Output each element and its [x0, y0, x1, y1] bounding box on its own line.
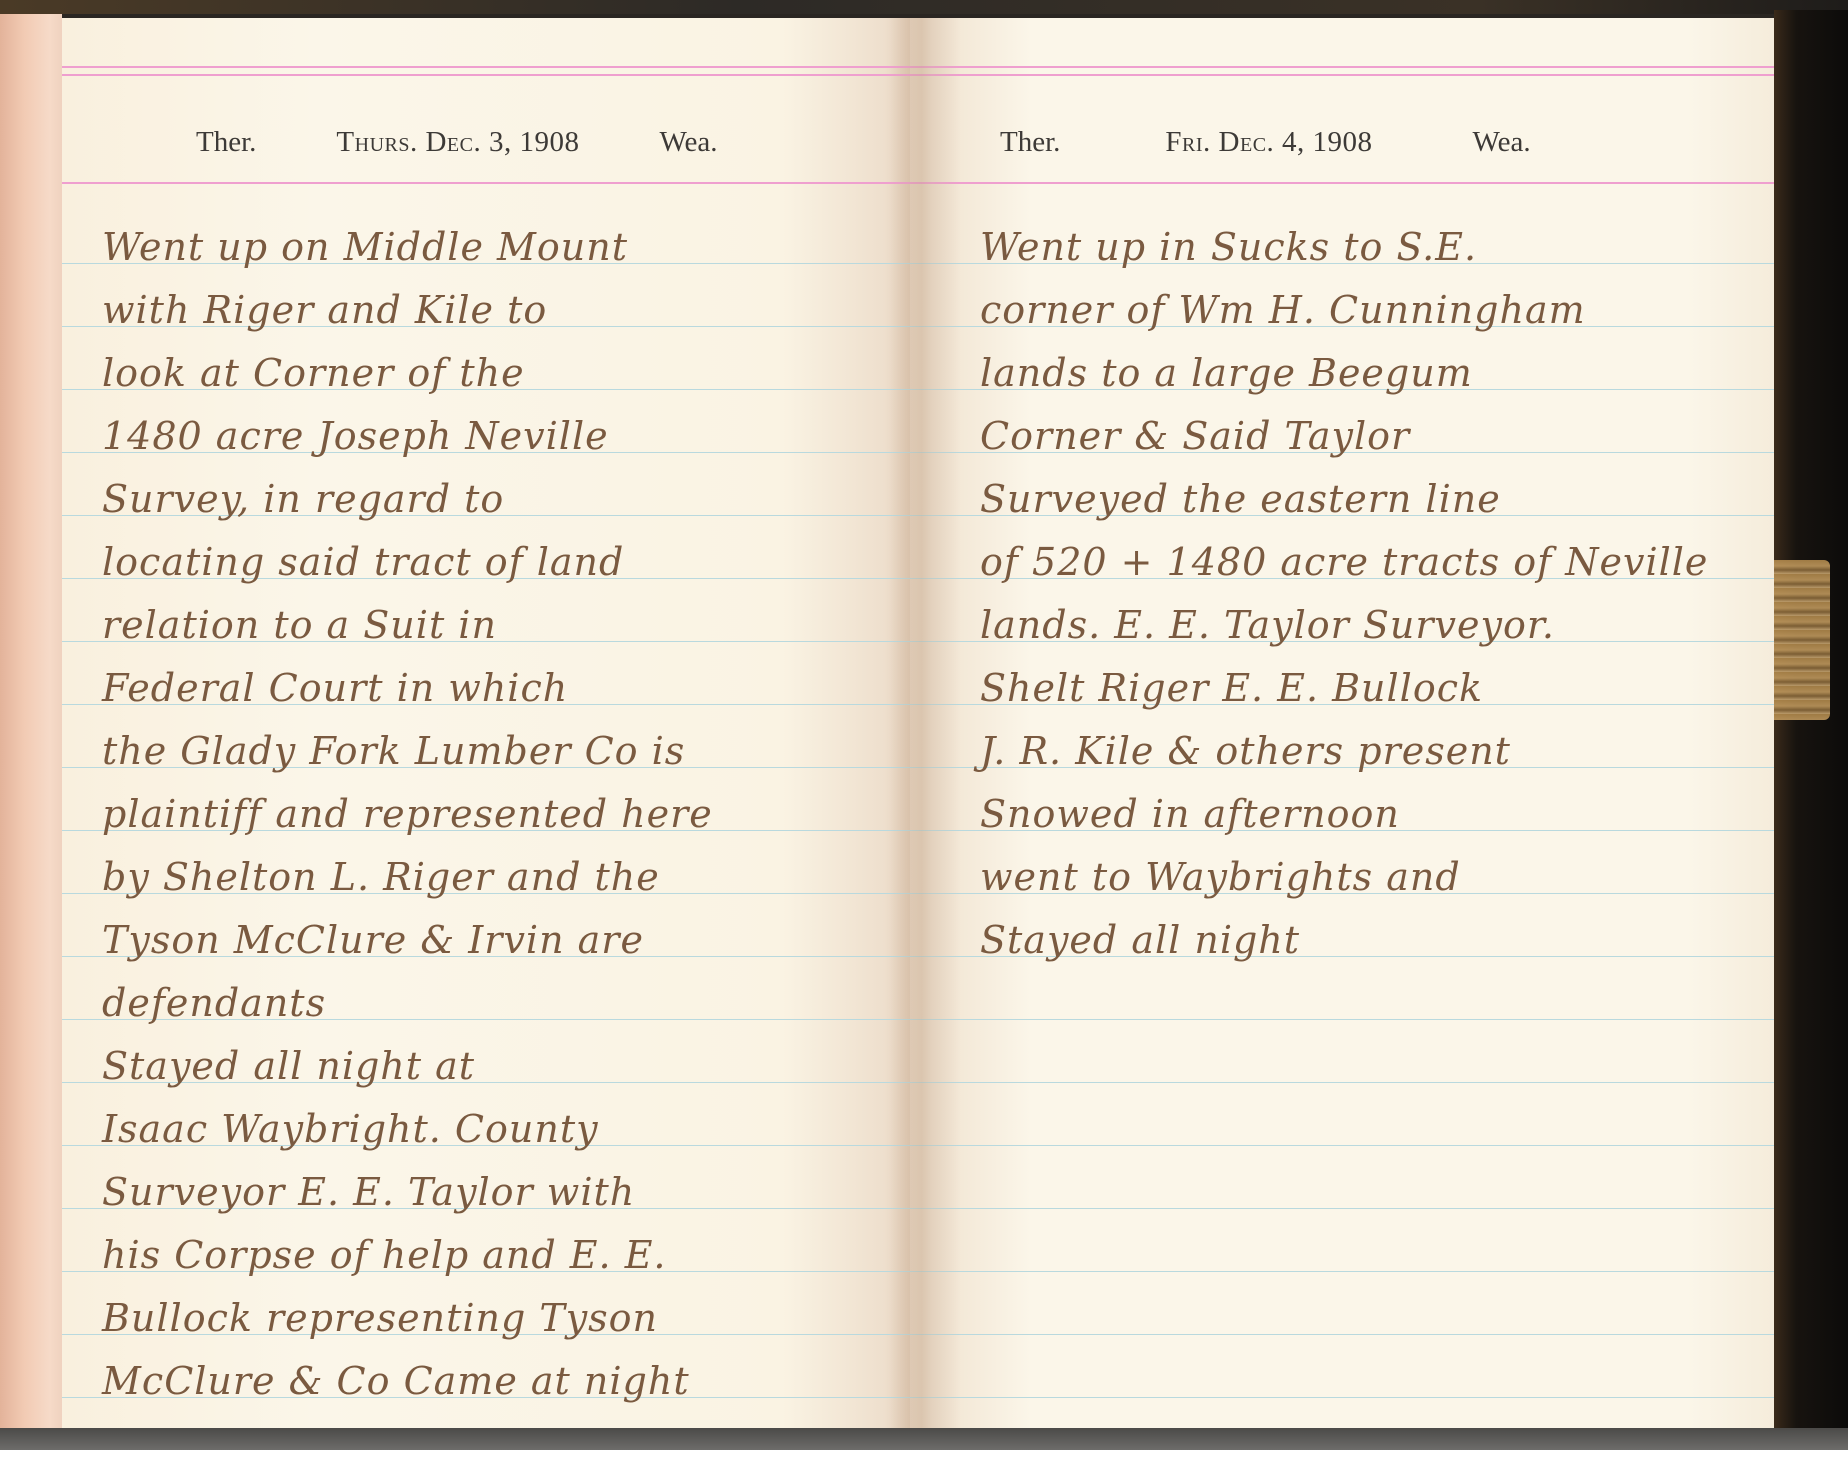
entry-line: Isaac Waybright. County: [102, 1098, 713, 1161]
entry-line: McClure & Co Came at night: [102, 1350, 713, 1413]
left-page-entry: Went up on Middle Mount with Riger and K…: [102, 216, 713, 1413]
header-rule-top-2: [62, 74, 910, 76]
entry-line: Survey, in regard to: [102, 468, 713, 531]
entry-line: went to Waybrights and: [980, 846, 1708, 909]
entry-line: Surveyor E. E. Taylor with: [102, 1161, 713, 1224]
header-rule-bottom: [910, 182, 1774, 184]
entry-line: Went up in Sucks to S.E.: [980, 216, 1708, 279]
ruled-line: [910, 1019, 1774, 1020]
weather-label: Wea.: [1473, 126, 1531, 159]
entry-line: Stayed all night: [980, 909, 1708, 972]
entry-line: Federal Court in which: [102, 657, 713, 720]
entry-line: Snowed in afternoon: [980, 783, 1708, 846]
thermometer-label: Ther.: [1000, 126, 1060, 159]
ruled-line: [910, 1082, 1774, 1083]
header-rule-top-1: [910, 66, 1774, 68]
right-page-entry: Went up in Sucks to S.E. corner of Wm H.…: [980, 216, 1708, 972]
right-page: Ther. Fri. Dec. 4, 1908 Wea. Went up in …: [910, 18, 1774, 1428]
entry-date: Thurs. Dec. 3, 1908: [336, 126, 579, 159]
entry-line: 1480 acre Joseph Neville: [102, 405, 713, 468]
entry-line: of 520 + 1480 acre tracts of Neville: [980, 531, 1708, 594]
header-rule-bottom: [62, 182, 910, 184]
entry-date: Fri. Dec. 4, 1908: [1165, 126, 1372, 159]
ruled-line: [910, 1397, 1774, 1398]
entry-line: locating said tract of land: [102, 531, 713, 594]
entry-line: with Riger and Kile to: [102, 279, 713, 342]
entry-line: plaintiff and represented here: [102, 783, 713, 846]
entry-line: Stayed all night at: [102, 1035, 713, 1098]
weather-label: Wea.: [659, 126, 717, 159]
page-edges-left: [0, 14, 62, 1432]
ruled-line: [910, 1208, 1774, 1209]
left-page: Ther. Thurs. Dec. 3, 1908 Wea. Went up o…: [62, 18, 910, 1428]
ruled-line: [910, 1334, 1774, 1335]
thermometer-label: Ther.: [196, 126, 256, 159]
entry-line: relation to a Suit in: [102, 594, 713, 657]
entry-line: Shelt Riger E. E. Bullock: [980, 657, 1708, 720]
entry-line: J. R. Kile & others present: [980, 720, 1708, 783]
entry-line: Corner & Said Taylor: [980, 405, 1708, 468]
book-cover-right: [1774, 10, 1848, 1440]
entry-line: lands. E. E. Taylor Surveyor.: [980, 594, 1708, 657]
entry-line: Went up on Middle Mount: [102, 216, 713, 279]
entry-line: Surveyed the eastern line: [980, 468, 1708, 531]
entry-line: corner of Wm H. Cunningham: [980, 279, 1708, 342]
right-page-header: Ther. Fri. Dec. 4, 1908 Wea.: [1000, 126, 1531, 159]
left-page-header: Ther. Thurs. Dec. 3, 1908 Wea.: [196, 126, 718, 159]
entry-line: lands to a large Beegum: [980, 342, 1708, 405]
entry-line: look at Corner of the: [102, 342, 713, 405]
entry-line: defendants: [102, 972, 713, 1035]
entry-line: his Corpse of help and E. E.: [102, 1224, 713, 1287]
ruled-line: [910, 1145, 1774, 1146]
header-rule-top-1: [62, 66, 910, 68]
entry-line: the Glady Fork Lumber Co is: [102, 720, 713, 783]
book-top-edge: [0, 0, 1848, 14]
ruled-line: [910, 1271, 1774, 1272]
entry-line: by Shelton L. Riger and the: [102, 846, 713, 909]
entry-line: Bullock representing Tyson: [102, 1287, 713, 1350]
book-bottom-edge: [0, 1428, 1848, 1450]
header-rule-top-2: [910, 74, 1774, 76]
entry-line: Tyson McClure & Irvin are: [102, 909, 713, 972]
